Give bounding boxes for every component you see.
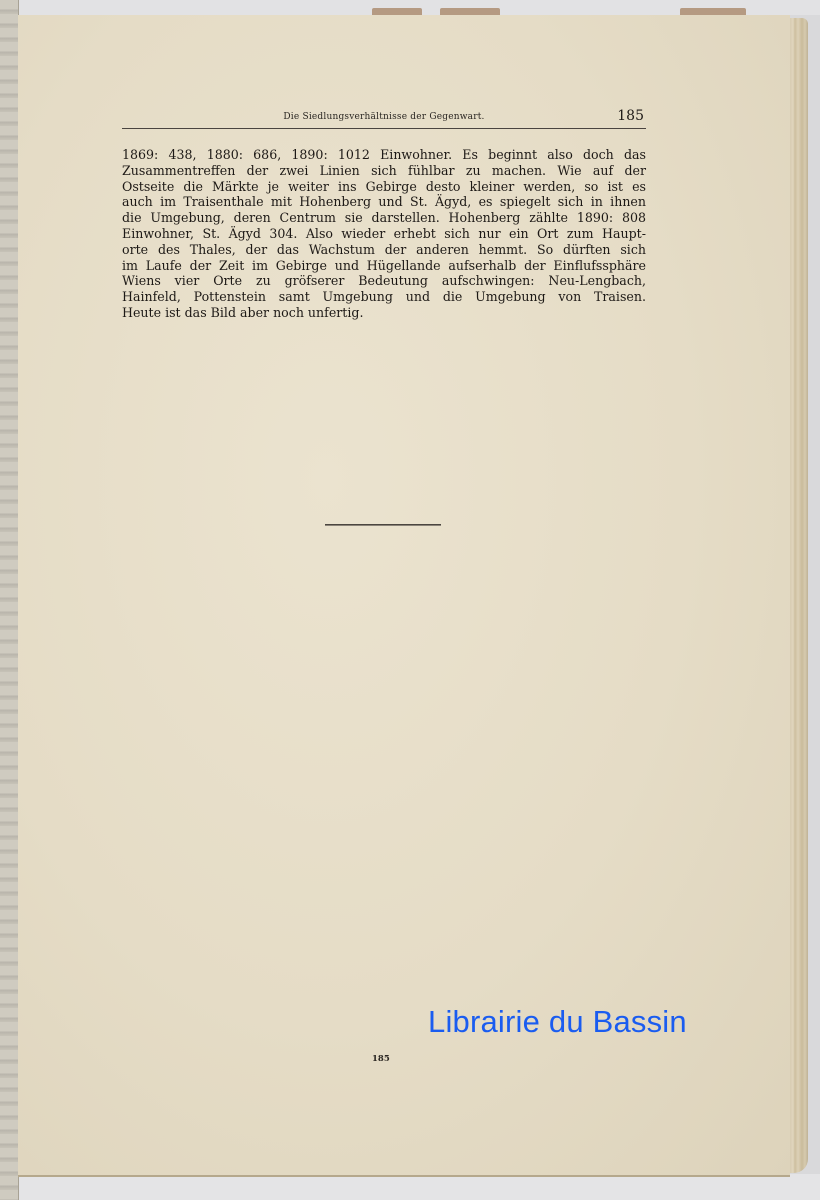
- text-line: Ostseite die Märkte je weiter ins Gebirg…: [122, 179, 646, 195]
- text-line: die Umgebung, deren Centrum sie darstell…: [122, 210, 646, 226]
- text-line: 1869: 438, 1880: 686, 1890: 1012 Einwohn…: [122, 147, 646, 163]
- page-stack-edge: [790, 18, 808, 1173]
- page-number-top: 185: [617, 108, 644, 124]
- text-line: Hainfeld, Pottenstein samt Umgebung und …: [122, 289, 646, 305]
- facing-page-edge: [0, 0, 19, 1200]
- running-title: Die Siedlungsverhältnisse der Gegenwart.: [122, 112, 646, 122]
- text-line: im Laufe der Zeit im Gebirge und Hügella…: [122, 258, 646, 274]
- text-line: auch im Traisenthale mit Hohenberg und S…: [122, 194, 646, 210]
- running-head: Die Siedlungsverhältnisse der Gegenwart.…: [122, 108, 646, 129]
- watermark: Librairie du Bassin: [428, 1004, 687, 1040]
- text-line: orte des Thales, der das Wachstum der an…: [122, 242, 646, 258]
- text-line: Heute ist das Bild aber noch unfertig.: [122, 305, 646, 321]
- body-paragraph: 1869: 438, 1880: 686, 1890: 1012 Einwohn…: [122, 147, 646, 321]
- page-number-bottom: 185: [372, 1054, 390, 1064]
- background-bottom: [18, 1174, 820, 1200]
- text-line: Einwohner, St. Ägyd 304. Also wieder erh…: [122, 226, 646, 242]
- text-line: Zusammentreffen der zwei Linien sich füh…: [122, 163, 646, 179]
- section-end-rule: [325, 524, 441, 526]
- text-line: Wiens vier Orte zu gröfserer Bedeutung a…: [122, 273, 646, 289]
